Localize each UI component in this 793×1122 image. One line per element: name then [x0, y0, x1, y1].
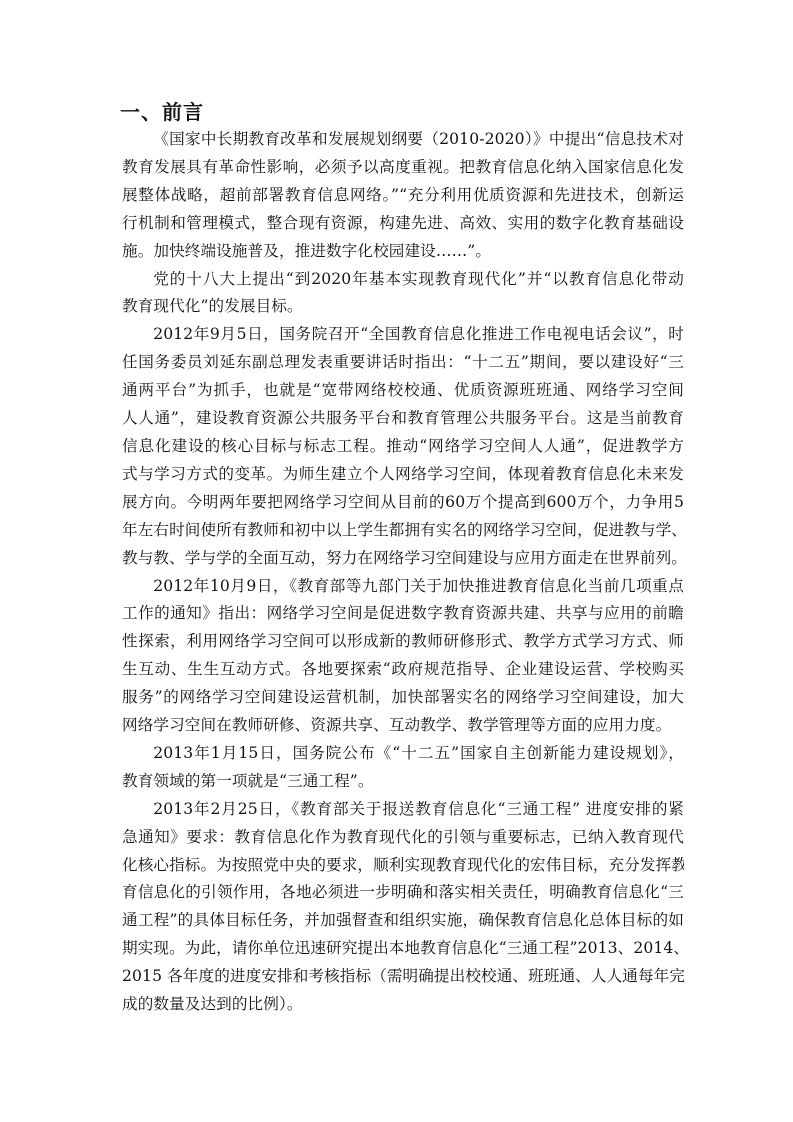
text-line: 通工程”的具体目标任务，并加强督查和组织实施，确保教育信息化总体目标的如: [122, 907, 684, 935]
text-line: 通两平台”为抓手，也就是“宽带网络校校通、优质资源班班通、网络学习空间: [122, 377, 684, 405]
text-line: 教育现代化”的发展目标。: [122, 293, 684, 321]
text-line: 教与教、学与学的全面互动，努力在网络学习空间建设与应用方面走在世界前列。: [122, 545, 684, 573]
text-line: 人人通”，建设教育资源公共服务平台和教育管理公共服务平台。这是当前教育: [122, 405, 684, 433]
text-line: 期实现。为此，请你单位迅速研究提出本地教育信息化“三通工程”2013、2014、: [122, 935, 684, 963]
paragraph: 《国家中长期教育改革和发展规划纲要（2010-2020）》中提出“信息技术对教育…: [122, 126, 684, 266]
text-line: 年左右时间使所有教师和初中以上学生都拥有实名的网络学习空间，促进教与学、: [122, 517, 684, 545]
text-line: 展方向。今明两年要把网络学习空间从目前的60万个提高到600万个，力争用5: [122, 489, 684, 517]
text-line: 行机制和管理模式，整合现有资源，构建先进、高效、实用的数字化教育基础设: [122, 210, 684, 238]
text-line: 成的数量及达到的比例）。: [122, 991, 684, 1019]
text-line: 2013年2月25日，《教育部关于报送教育信息化“三通工程” 进度安排的紧: [122, 796, 684, 824]
text-line: 2013年1月15日，国务院公布《“十二五”国家自主创新能力建设规划》，: [122, 740, 684, 768]
text-line: 网络学习空间在教师研修、资源共享、互动教学、教学管理等方面的应用力度。: [122, 712, 684, 740]
paragraph: 党的十八大上提出“到2020年基本实现教育现代化”并“以教育信息化带动教育现代化…: [122, 266, 684, 322]
text-line: 化核心指标。为按照党中央的要求，顺利实现教育现代化的宏伟目标，充分发挥教: [122, 852, 684, 880]
document-body: 《国家中长期教育改革和发展规划纲要（2010-2020）》中提出“信息技术对教育…: [122, 126, 684, 1019]
paragraph: 2012年9月5日，国务院召开“全国教育信息化推进工作电视电话会议”，时任国务委…: [122, 321, 684, 572]
text-line: 2015 各年度的进度安排和考核指标（需明确提出校校通、班班通、人人通每年完: [122, 963, 684, 991]
text-line: 2012年10月9日，《教育部等九部门关于加快推进教育信息化当前几项重点: [122, 573, 684, 601]
text-line: 2012年9月5日，国务院召开“全国教育信息化推进工作电视电话会议”，时: [122, 321, 684, 349]
text-line: 工作的通知》指出：网络学习空间是促进数字教育资源共建、共享与应用的前瞻: [122, 600, 684, 628]
text-line: 任国务委员刘延东副总理发表重要讲话时指出：“十二五”期间，要以建设好“三: [122, 349, 684, 377]
paragraph: 2012年10月9日，《教育部等九部门关于加快推进教育信息化当前几项重点工作的通…: [122, 573, 684, 740]
text-line: 党的十八大上提出“到2020年基本实现教育现代化”并“以教育信息化带动: [122, 266, 684, 294]
document-page: 一、前言 《国家中长期教育改革和发展规划纲要（2010-2020）》中提出“信息…: [122, 98, 684, 1019]
paragraph: 2013年2月25日，《教育部关于报送教育信息化“三通工程” 进度安排的紧急通知…: [122, 796, 684, 1019]
text-line: 教育领域的第一项就是“三通工程”。: [122, 768, 684, 796]
text-line: 信息化建设的核心目标与标志工程。推动“网络学习空间人人通”，促进教学方: [122, 433, 684, 461]
text-line: 《国家中长期教育改革和发展规划纲要（2010-2020）》中提出“信息技术对: [122, 126, 684, 154]
text-line: 育信息化的引领作用，各地必须进一步明确和落实相关责任，明确教育信息化“三: [122, 879, 684, 907]
text-line: 展整体战略，超前部署教育信息网络。”“充分利用优质资源和先进技术，创新运: [122, 182, 684, 210]
text-line: 施。加快终端设施普及，推进数字化校园建设……”。: [122, 238, 684, 266]
section-heading: 一、前言: [120, 98, 684, 126]
paragraph: 2013年1月15日，国务院公布《“十二五”国家自主创新能力建设规划》，教育领域…: [122, 740, 684, 796]
text-line: 性探索，利用网络学习空间可以形成新的教师研修形式、教学方式学习方式、师: [122, 628, 684, 656]
text-line: 生互动、生生互动方式。各地要探索“政府规范指导、企业建设运营、学校购买: [122, 656, 684, 684]
text-line: 式与学习方式的变革。为师生建立个人网络学习空间，体现着教育信息化未来发: [122, 461, 684, 489]
text-line: 服务”的网络学习空间建设运营机制，加快部署实名的网络学习空间建设，加大: [122, 684, 684, 712]
text-line: 急通知》要求：教育信息化作为教育现代化的引领与重要标志，已纳入教育现代: [122, 824, 684, 852]
text-line: 教育发展具有革命性影响，必须予以高度重视。把教育信息化纳入国家信息化发: [122, 154, 684, 182]
